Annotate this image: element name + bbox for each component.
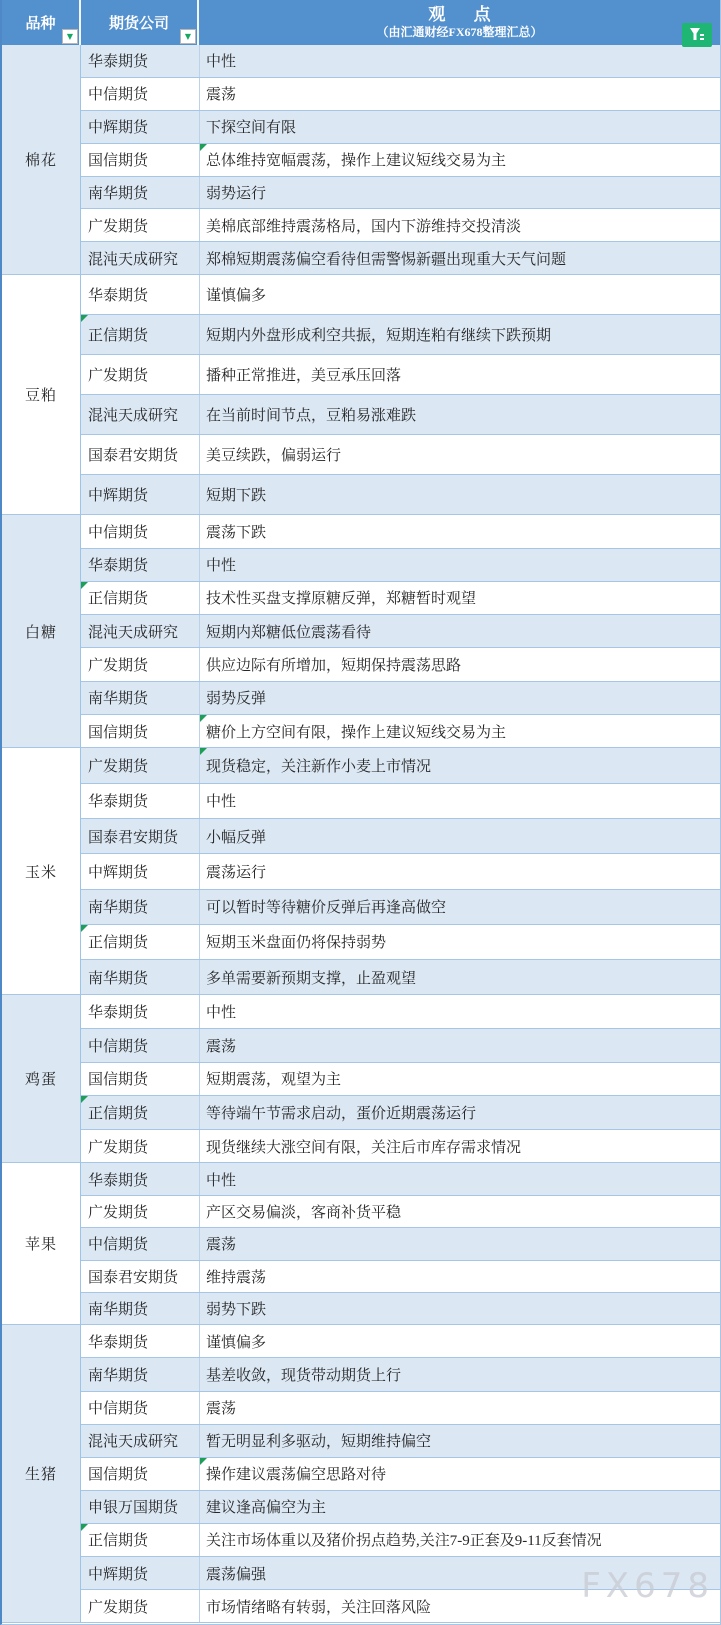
table-row: 中辉期货 下探空间有限 <box>81 111 720 144</box>
viewpoint-cell[interactable]: 在当前时间节点，豆粕易涨难跌 <box>200 395 720 434</box>
table-row: 华泰期货 中性 <box>81 995 720 1029</box>
header-variety-label: 品种 <box>25 12 55 33</box>
section-rows: 华泰期货 谨慎偏多 正信期货 短期内外盘形成利空共振，短期连粕有继续下跌预期 广… <box>81 275 720 515</box>
viewpoint-cell[interactable]: 弱势下跌 <box>200 1293 720 1324</box>
viewpoint-cell[interactable]: 中性 <box>200 1163 720 1194</box>
table-row: 华泰期货 中性 <box>81 784 720 819</box>
company-name: 正信期货 <box>88 1529 148 1550</box>
variety-cell[interactable]: 豆粕 <box>2 275 81 515</box>
filter-dropdown-variety[interactable]: ▼ <box>62 29 78 44</box>
viewpoint-text: 暂无明显利多驱动，短期维持偏空 <box>206 1430 431 1451</box>
variety-name: 豆粕 <box>25 384 57 405</box>
company-cell[interactable]: 南华期货 <box>81 890 200 924</box>
company-name: 南华期货 <box>88 896 148 917</box>
viewpoint-text: 震荡 <box>206 1035 236 1056</box>
dropdown-arrow-icon: ▼ <box>185 33 191 41</box>
header-viewpoint-title: 观 点 <box>416 5 502 25</box>
company-name: 广发期货 <box>88 755 148 776</box>
table-row: 广发期货 供应边际有所增加，短期保持震荡思路 <box>81 648 720 681</box>
viewpoint-cell[interactable]: 美豆续跌，偏弱运行 <box>200 435 720 474</box>
table-row: 国信期货 糖价上方空间有限，操作上建议短线交易为主 <box>81 715 720 748</box>
comment-corner-marker <box>81 1096 88 1103</box>
company-cell[interactable]: 华泰期货 <box>81 275 200 314</box>
commodity-section: 玉米 广发期货 现货稳定，关注新作小麦上市情况 华泰期货 中性 国泰君安期货 小 <box>2 748 720 995</box>
table-row: 华泰期货 中性 <box>81 1163 720 1195</box>
commodity-section: 棉花 华泰期货 中性 中信期货 震荡 中辉期货 下探空间有限 <box>2 45 720 275</box>
table-row: 中辉期货 震荡偏强 <box>81 1557 720 1590</box>
commodity-section: 豆粕 华泰期货 谨慎偏多 正信期货 短期内外盘形成利空共振，短期连粕有继续下跌预… <box>2 275 720 515</box>
company-name: 华泰期货 <box>88 1169 148 1190</box>
section-rows: 广发期货 现货稳定，关注新作小麦上市情况 华泰期货 中性 国泰君安期货 小幅反弹 <box>81 748 720 995</box>
table-row: 中信期货 震荡 <box>81 1392 720 1425</box>
viewpoint-cell[interactable]: 技术性买盘支撑原糖反弹，郑糖暂时观望 <box>200 582 720 614</box>
table-row: 广发期货 播种正常推进，美豆承压回落 <box>81 355 720 395</box>
table-row: 正信期货 技术性买盘支撑原糖反弹，郑糖暂时观望 <box>81 582 720 615</box>
company-cell[interactable]: 华泰期货 <box>81 995 200 1028</box>
viewpoint-text: 震荡 <box>206 1397 236 1418</box>
viewpoint-cell[interactable]: 现货继续大涨空间有限，关注后市库存需求情况 <box>200 1130 720 1163</box>
viewpoint-text: 谨慎偏多 <box>206 284 266 305</box>
company-cell[interactable]: 南华期货 <box>81 960 200 994</box>
header-company[interactable]: 期货公司 ▼ <box>81 0 199 45</box>
company-name: 南华期货 <box>88 1298 148 1319</box>
table-row: 正信期货 等待端午节需求启动，蛋价近期震荡运行 <box>81 1096 720 1130</box>
company-name: 国信期货 <box>88 149 148 170</box>
company-name: 广发期货 <box>88 1136 148 1157</box>
company-cell[interactable]: 国信期货 <box>81 144 200 176</box>
company-name: 正信期货 <box>88 324 148 345</box>
viewpoint-cell[interactable]: 市场情绪略有转弱，关注回落风险 <box>200 1590 720 1622</box>
viewpoint-text: 美豆续跌，偏弱运行 <box>206 444 341 465</box>
viewpoint-text: 弱势反弹 <box>206 687 266 708</box>
company-name: 广发期货 <box>88 1201 148 1222</box>
viewpoint-cell[interactable]: 谨慎偏多 <box>200 275 720 314</box>
company-name: 混沌天成研究 <box>88 621 178 642</box>
company-cell[interactable]: 广发期货 <box>81 748 200 782</box>
variety-cell[interactable]: 鸡蛋 <box>2 995 81 1163</box>
variety-name: 生猪 <box>25 1463 57 1484</box>
table-row: 南华期货 基差收敛，现货带动期货上行 <box>81 1358 720 1391</box>
viewpoint-cell[interactable]: 谨慎偏多 <box>200 1325 720 1357</box>
viewpoint-text: 在当前时间节点，豆粕易涨难跌 <box>206 404 416 425</box>
company-cell[interactable]: 国泰君安期货 <box>81 435 200 474</box>
variety-name: 苹果 <box>25 1233 57 1254</box>
table-row: 广发期货 美棉底部维持震荡格局，国内下游维持交投清淡 <box>81 209 720 242</box>
table-row: 广发期货 现货稳定，关注新作小麦上市情况 <box>81 748 720 783</box>
viewpoint-cell[interactable]: 短期内外盘形成利空共振，短期连粕有继续下跌预期 <box>200 315 720 354</box>
viewpoint-text: 谨慎偏多 <box>206 1331 266 1352</box>
viewpoint-cell[interactable]: 糖价上方空间有限，操作上建议短线交易为主 <box>200 715 720 747</box>
company-name: 正信期货 <box>88 931 148 952</box>
viewpoint-text: 糖价上方空间有限，操作上建议短线交易为主 <box>206 721 506 742</box>
table-row: 广发期货 现货继续大涨空间有限，关注后市库存需求情况 <box>81 1130 720 1164</box>
table-row: 南华期货 多单需要新预期支撑，止盈观望 <box>81 960 720 995</box>
company-name: 南华期货 <box>88 182 148 203</box>
table-row: 混沌天成研究 短期内郑糖低位震荡看待 <box>81 615 720 648</box>
company-name: 混沌天成研究 <box>88 404 178 425</box>
company-name: 正信期货 <box>88 587 148 608</box>
company-cell[interactable]: 广发期货 <box>81 355 200 394</box>
table-row: 中辉期货 短期下跌 <box>81 475 720 515</box>
viewpoint-text: 短期震荡，观望为主 <box>206 1068 341 1089</box>
company-name: 中辉期货 <box>88 116 148 137</box>
table-row: 中信期货 震荡下跌 <box>81 515 720 548</box>
company-cell[interactable]: 正信期货 <box>81 582 200 614</box>
company-name: 申银万国期货 <box>88 1496 178 1517</box>
viewpoint-text: 中性 <box>206 1001 236 1022</box>
table-row: 混沌天成研究 暂无明显利多驱动，短期维持偏空 <box>81 1425 720 1458</box>
table-body: 棉花 华泰期货 中性 中信期货 震荡 中辉期货 下探空间有限 <box>2 45 720 1623</box>
table-row: 中信期货 震荡 <box>81 1228 720 1260</box>
company-name: 中信期货 <box>88 1233 148 1254</box>
company-name: 中辉期货 <box>88 861 148 882</box>
viewpoint-cell[interactable]: 基差收敛，现货带动期货上行 <box>200 1358 720 1390</box>
viewpoint-cell[interactable]: 供应边际有所增加，短期保持震荡思路 <box>200 648 720 680</box>
viewpoint-text: 技术性买盘支撑原糖反弹，郑糖暂时观望 <box>206 587 476 608</box>
table-row: 申银万国期货 建议逢高偏空为主 <box>81 1491 720 1524</box>
variety-cell[interactable]: 苹果 <box>2 1163 81 1325</box>
company-name: 国信期货 <box>88 721 148 742</box>
header-variety[interactable]: 品种 ▼ <box>2 0 81 45</box>
viewpoint-cell[interactable]: 可以暂时等待糖价反弹后再逢高做空 <box>200 890 720 924</box>
company-cell[interactable]: 国泰君安期货 <box>81 819 200 853</box>
company-cell[interactable]: 南华期货 <box>81 1293 200 1324</box>
variety-cell[interactable]: 棉花 <box>2 45 81 275</box>
company-cell[interactable]: 广发期货 <box>81 1130 200 1163</box>
viewpoint-text: 震荡偏强 <box>206 1563 266 1584</box>
company-cell[interactable]: 中信期货 <box>81 78 200 110</box>
viewpoint-text: 市场情绪略有转弱，关注回落风险 <box>206 1596 431 1617</box>
section-rows: 华泰期货 中性 中信期货 震荡 国信期货 短期震荡，观望为主 正信期货 <box>81 995 720 1163</box>
viewpoint-text: 弱势运行 <box>206 182 266 203</box>
company-cell[interactable]: 正信期货 <box>81 1524 200 1556</box>
company-cell[interactable]: 国信期货 <box>81 1458 200 1490</box>
dropdown-arrow-icon: ▼ <box>67 33 73 41</box>
table-row: 中信期货 震荡 <box>81 78 720 111</box>
viewpoint-cell[interactable]: 弱势运行 <box>200 177 720 209</box>
viewpoint-text: 建议逢高偏空为主 <box>206 1496 326 1517</box>
viewpoint-text: 震荡运行 <box>206 861 266 882</box>
company-cell[interactable]: 华泰期货 <box>81 1325 200 1357</box>
table-row: 南华期货 弱势运行 <box>81 177 720 210</box>
viewpoint-text: 中性 <box>206 1169 236 1190</box>
company-name: 广发期货 <box>88 215 148 236</box>
variety-name: 鸡蛋 <box>25 1068 57 1089</box>
viewpoint-cell[interactable]: 短期内郑糖低位震荡看待 <box>200 615 720 647</box>
viewpoint-text: 维持震荡 <box>206 1266 266 1287</box>
comment-corner-marker <box>81 315 88 322</box>
viewpoint-cell[interactable]: 中性 <box>200 784 720 818</box>
viewpoint-cell[interactable]: 短期震荡，观望为主 <box>200 1063 720 1096</box>
company-name: 广发期货 <box>88 364 148 385</box>
viewpoint-cell[interactable]: 短期下跌 <box>200 475 720 514</box>
company-name: 华泰期货 <box>88 1331 148 1352</box>
company-cell[interactable]: 申银万国期货 <box>81 1491 200 1523</box>
company-cell[interactable]: 中信期货 <box>81 1029 200 1062</box>
viewpoint-text: 震荡 <box>206 83 236 104</box>
company-cell[interactable]: 广发期货 <box>81 1590 200 1622</box>
company-cell[interactable]: 正信期货 <box>81 1096 200 1129</box>
company-cell[interactable]: 华泰期货 <box>81 549 200 581</box>
company-name: 广发期货 <box>88 654 148 675</box>
variety-name: 棉花 <box>25 149 57 170</box>
viewpoint-cell[interactable]: 震荡 <box>200 1392 720 1424</box>
company-cell[interactable]: 南华期货 <box>81 177 200 209</box>
comment-corner-marker <box>200 715 207 722</box>
section-rows: 华泰期货 中性 中信期货 震荡 中辉期货 下探空间有限 国信期货 <box>81 45 720 275</box>
company-name: 华泰期货 <box>88 554 148 575</box>
table-row: 国泰君安期货 维持震荡 <box>81 1261 720 1293</box>
commodity-section: 白糖 中信期货 震荡下跌 华泰期货 中性 正信期货 技术性买盘支撑原糖反弹，郑糖 <box>2 515 720 748</box>
viewpoint-text: 郑棉短期震荡偏空看待但需警惕新疆出现重大天气问题 <box>206 248 566 269</box>
variety-name: 白糖 <box>25 621 57 642</box>
company-cell[interactable]: 国信期货 <box>81 1063 200 1096</box>
company-name: 中辉期货 <box>88 1563 148 1584</box>
section-rows: 华泰期货 中性 广发期货 产区交易偏淡，客商补货平稳 中信期货 震荡 国泰君安期… <box>81 1163 720 1325</box>
company-cell[interactable]: 正信期货 <box>81 925 200 959</box>
section-rows: 华泰期货 谨慎偏多 南华期货 基差收敛，现货带动期货上行 中信期货 震荡 混沌天… <box>81 1325 720 1623</box>
commodity-section: 鸡蛋 华泰期货 中性 中信期货 震荡 国信期货 短期震荡，观望为主 <box>2 995 720 1163</box>
company-cell[interactable]: 混沌天成研究 <box>81 395 200 434</box>
viewpoint-cell[interactable]: 震荡 <box>200 1228 720 1259</box>
company-name: 南华期货 <box>88 967 148 988</box>
filter-funnel-icon <box>688 27 706 43</box>
viewpoint-cell[interactable]: 震荡下跌 <box>200 515 720 547</box>
commodity-section: 生猪 华泰期货 谨慎偏多 南华期货 基差收敛，现货带动期货上行 中信期货 震荡 <box>2 1325 720 1623</box>
company-name: 南华期货 <box>88 687 148 708</box>
company-cell[interactable]: 华泰期货 <box>81 1163 200 1194</box>
viewpoint-text: 供应边际有所增加，短期保持震荡思路 <box>206 654 461 675</box>
filter-dropdown-company[interactable]: ▼ <box>180 29 196 44</box>
company-cell[interactable]: 中信期货 <box>81 515 200 547</box>
variety-cell[interactable]: 玉米 <box>2 748 81 995</box>
viewpoint-text: 弱势下跌 <box>206 1298 266 1319</box>
table-row: 混沌天成研究 郑棉短期震荡偏空看待但需警惕新疆出现重大天气问题 <box>81 242 720 275</box>
variety-cell[interactable]: 生猪 <box>2 1325 81 1623</box>
company-cell[interactable]: 中辉期货 <box>81 111 200 143</box>
viewpoint-text: 中性 <box>206 790 236 811</box>
company-name: 中信期货 <box>88 1397 148 1418</box>
table-row: 正信期货 短期内外盘形成利空共振，短期连粕有继续下跌预期 <box>81 315 720 355</box>
viewpoint-cell[interactable]: 总体维持宽幅震荡，操作上建议短线交易为主 <box>200 144 720 176</box>
company-name: 正信期货 <box>88 1102 148 1123</box>
viewpoint-text: 美棉底部维持震荡格局，国内下游维持交投清淡 <box>206 215 521 236</box>
viewpoint-cell[interactable]: 震荡 <box>200 1029 720 1062</box>
company-cell[interactable]: 混沌天成研究 <box>81 615 200 647</box>
viewpoint-text: 短期内郑糖低位震荡看待 <box>206 621 371 642</box>
viewpoint-text: 短期内外盘形成利空共振，短期连粕有继续下跌预期 <box>206 324 551 345</box>
comment-corner-marker <box>200 144 207 151</box>
viewpoint-text: 震荡下跌 <box>206 521 266 542</box>
table-row: 南华期货 可以暂时等待糖价反弹后再逢高做空 <box>81 890 720 925</box>
company-name: 华泰期货 <box>88 50 148 71</box>
table-row: 正信期货 短期玉米盘面仍将保持弱势 <box>81 925 720 960</box>
table-row: 国泰君安期货 小幅反弹 <box>81 819 720 854</box>
section-rows: 中信期货 震荡下跌 华泰期货 中性 正信期货 技术性买盘支撑原糖反弹，郑糖暂时观… <box>81 515 720 748</box>
company-cell[interactable]: 华泰期货 <box>81 784 200 818</box>
viewpoint-text: 关注市场体重以及猪价拐点趋势,关注7-9正套及9-11反套情况 <box>206 1529 602 1550</box>
viewpoint-text: 产区交易偏淡，客商补货平稳 <box>206 1201 401 1222</box>
company-name: 中信期货 <box>88 1035 148 1056</box>
viewpoint-text: 等待端午节需求启动，蛋价近期震荡运行 <box>206 1102 476 1123</box>
company-cell[interactable]: 中辉期货 <box>81 854 200 888</box>
viewpoint-cell[interactable]: 中性 <box>200 45 720 77</box>
company-cell[interactable]: 广发期货 <box>81 209 200 241</box>
company-cell[interactable]: 正信期货 <box>81 315 200 354</box>
viewpoint-cell[interactable]: 播种正常推进，美豆承压回落 <box>200 355 720 394</box>
viewpoint-cell[interactable]: 现货稳定，关注新作小麦上市情况 <box>200 748 720 782</box>
company-cell[interactable]: 混沌天成研究 <box>81 1425 200 1457</box>
table-row: 华泰期货 中性 <box>81 45 720 78</box>
viewpoint-text: 震荡 <box>206 1233 236 1254</box>
viewpoint-cell[interactable]: 弱势反弹 <box>200 682 720 714</box>
viewpoint-cell[interactable]: 震荡运行 <box>200 854 720 888</box>
table-row: 中信期货 震荡 <box>81 1029 720 1063</box>
company-name: 中辉期货 <box>88 484 148 505</box>
company-cell[interactable]: 南华期货 <box>81 682 200 714</box>
company-cell[interactable]: 国信期货 <box>81 715 200 747</box>
viewpoint-cell[interactable]: 震荡偏强 <box>200 1557 720 1589</box>
comment-corner-marker <box>81 925 88 932</box>
viewpoint-cell[interactable]: 操作建议震荡偏空思路对待 <box>200 1458 720 1490</box>
viewpoint-cell[interactable]: 等待端午节需求启动，蛋价近期震荡运行 <box>200 1096 720 1129</box>
viewpoint-cell[interactable]: 多单需要新预期支撑，止盈观望 <box>200 960 720 994</box>
viewpoint-cell[interactable]: 建议逢高偏空为主 <box>200 1491 720 1523</box>
futures-viewpoint-table: 品种 ▼ 期货公司 ▼ 观 点 （由汇通财经FX678整理汇总） <box>0 0 721 1625</box>
header-viewpoint[interactable]: 观 点 （由汇通财经FX678整理汇总） <box>199 0 720 45</box>
table-row: 华泰期货 中性 <box>81 549 720 582</box>
company-name: 南华期货 <box>88 1364 148 1385</box>
viewpoint-text: 中性 <box>206 554 236 575</box>
company-cell[interactable]: 国泰君安期货 <box>81 1261 200 1292</box>
table-row: 国泰君安期货 美豆续跌，偏弱运行 <box>81 435 720 475</box>
table-row: 正信期货 关注市场体重以及猪价拐点趋势,关注7-9正套及9-11反套情况 <box>81 1524 720 1557</box>
table-row: 中辉期货 震荡运行 <box>81 854 720 889</box>
company-name: 中信期货 <box>88 521 148 542</box>
company-cell[interactable]: 广发期货 <box>81 648 200 680</box>
viewpoint-cell[interactable]: 产区交易偏淡，客商补货平稳 <box>200 1196 720 1227</box>
company-name: 国泰君安期货 <box>88 444 178 465</box>
company-cell[interactable]: 中辉期货 <box>81 1557 200 1589</box>
company-name: 华泰期货 <box>88 284 148 305</box>
comment-corner-marker <box>200 1458 207 1465</box>
company-cell[interactable]: 华泰期货 <box>81 45 200 77</box>
company-name: 国信期货 <box>88 1463 148 1484</box>
viewpoint-text: 小幅反弹 <box>206 826 266 847</box>
header-viewpoint-subtitle: （由汇通财经FX678整理汇总） <box>377 25 543 40</box>
company-cell[interactable]: 广发期货 <box>81 1196 200 1227</box>
table-row: 国信期货 短期震荡，观望为主 <box>81 1063 720 1097</box>
table-row: 广发期货 市场情绪略有转弱，关注回落风险 <box>81 1590 720 1623</box>
header-company-label: 期货公司 <box>109 12 169 33</box>
company-cell[interactable]: 中信期货 <box>81 1228 200 1259</box>
table-row: 华泰期货 谨慎偏多 <box>81 275 720 315</box>
table-row: 国信期货 操作建议震荡偏空思路对待 <box>81 1458 720 1491</box>
company-cell[interactable]: 混沌天成研究 <box>81 242 200 274</box>
viewpoint-text: 基差收敛，现货带动期货上行 <box>206 1364 401 1385</box>
viewpoint-cell[interactable]: 暂无明显利多驱动，短期维持偏空 <box>200 1425 720 1457</box>
company-name: 中信期货 <box>88 83 148 104</box>
company-name: 广发期货 <box>88 1596 148 1617</box>
viewpoint-cell[interactable]: 中性 <box>200 995 720 1028</box>
viewpoint-cell[interactable]: 短期玉米盘面仍将保持弱势 <box>200 925 720 959</box>
viewpoint-cell[interactable]: 下探空间有限 <box>200 111 720 143</box>
filter-funnel-button[interactable] <box>682 23 712 47</box>
viewpoint-text: 播种正常推进，美豆承压回落 <box>206 364 401 385</box>
commodity-section: 苹果 华泰期货 中性 广发期货 产区交易偏淡，客商补货平稳 中信期货 震荡 <box>2 1163 720 1325</box>
company-name: 华泰期货 <box>88 790 148 811</box>
company-cell[interactable]: 南华期货 <box>81 1358 200 1390</box>
variety-cell[interactable]: 白糖 <box>2 515 81 748</box>
table-header: 品种 ▼ 期货公司 ▼ 观 点 （由汇通财经FX678整理汇总） <box>2 0 720 45</box>
comment-corner-marker <box>81 1524 88 1531</box>
company-name: 华泰期货 <box>88 1001 148 1022</box>
viewpoint-text: 操作建议震荡偏空思路对待 <box>206 1463 386 1484</box>
viewpoint-cell[interactable]: 维持震荡 <box>200 1261 720 1292</box>
table-row: 华泰期货 谨慎偏多 <box>81 1325 720 1358</box>
company-name: 国泰君安期货 <box>88 1266 178 1287</box>
viewpoint-text: 中性 <box>206 50 236 71</box>
viewpoint-text: 总体维持宽幅震荡，操作上建议短线交易为主 <box>206 149 506 170</box>
table-row: 南华期货 弱势下跌 <box>81 1293 720 1325</box>
viewpoint-text: 短期玉米盘面仍将保持弱势 <box>206 931 386 952</box>
company-name: 混沌天成研究 <box>88 1430 178 1451</box>
table-row: 国信期货 总体维持宽幅震荡，操作上建议短线交易为主 <box>81 144 720 177</box>
viewpoint-cell[interactable]: 震荡 <box>200 78 720 110</box>
viewpoint-cell[interactable]: 美棉底部维持震荡格局，国内下游维持交投清淡 <box>200 209 720 241</box>
variety-name: 玉米 <box>25 861 57 882</box>
company-name: 国信期货 <box>88 1068 148 1089</box>
company-cell[interactable]: 中信期货 <box>81 1392 200 1424</box>
viewpoint-text: 现货稳定，关注新作小麦上市情况 <box>206 755 431 776</box>
viewpoint-cell[interactable]: 郑棉短期震荡偏空看待但需警惕新疆出现重大天气问题 <box>200 242 720 274</box>
viewpoint-cell[interactable]: 关注市场体重以及猪价拐点趋势,关注7-9正套及9-11反套情况 <box>200 1524 720 1556</box>
table-row: 广发期货 产区交易偏淡，客商补货平稳 <box>81 1196 720 1228</box>
company-name: 国泰君安期货 <box>88 826 178 847</box>
viewpoint-text: 现货继续大涨空间有限，关注后市库存需求情况 <box>206 1136 521 1157</box>
company-name: 混沌天成研究 <box>88 248 178 269</box>
comment-corner-marker <box>81 582 88 589</box>
comment-corner-marker <box>200 748 207 755</box>
viewpoint-cell[interactable]: 小幅反弹 <box>200 819 720 853</box>
viewpoint-text: 多单需要新预期支撑，止盈观望 <box>206 967 416 988</box>
company-cell[interactable]: 中辉期货 <box>81 475 200 514</box>
table-row: 混沌天成研究 在当前时间节点，豆粕易涨难跌 <box>81 395 720 435</box>
table-row: 南华期货 弱势反弹 <box>81 682 720 715</box>
viewpoint-text: 可以暂时等待糖价反弹后再逢高做空 <box>206 896 446 917</box>
viewpoint-text: 短期下跌 <box>206 484 266 505</box>
viewpoint-cell[interactable]: 中性 <box>200 549 720 581</box>
viewpoint-text: 下探空间有限 <box>206 116 296 137</box>
